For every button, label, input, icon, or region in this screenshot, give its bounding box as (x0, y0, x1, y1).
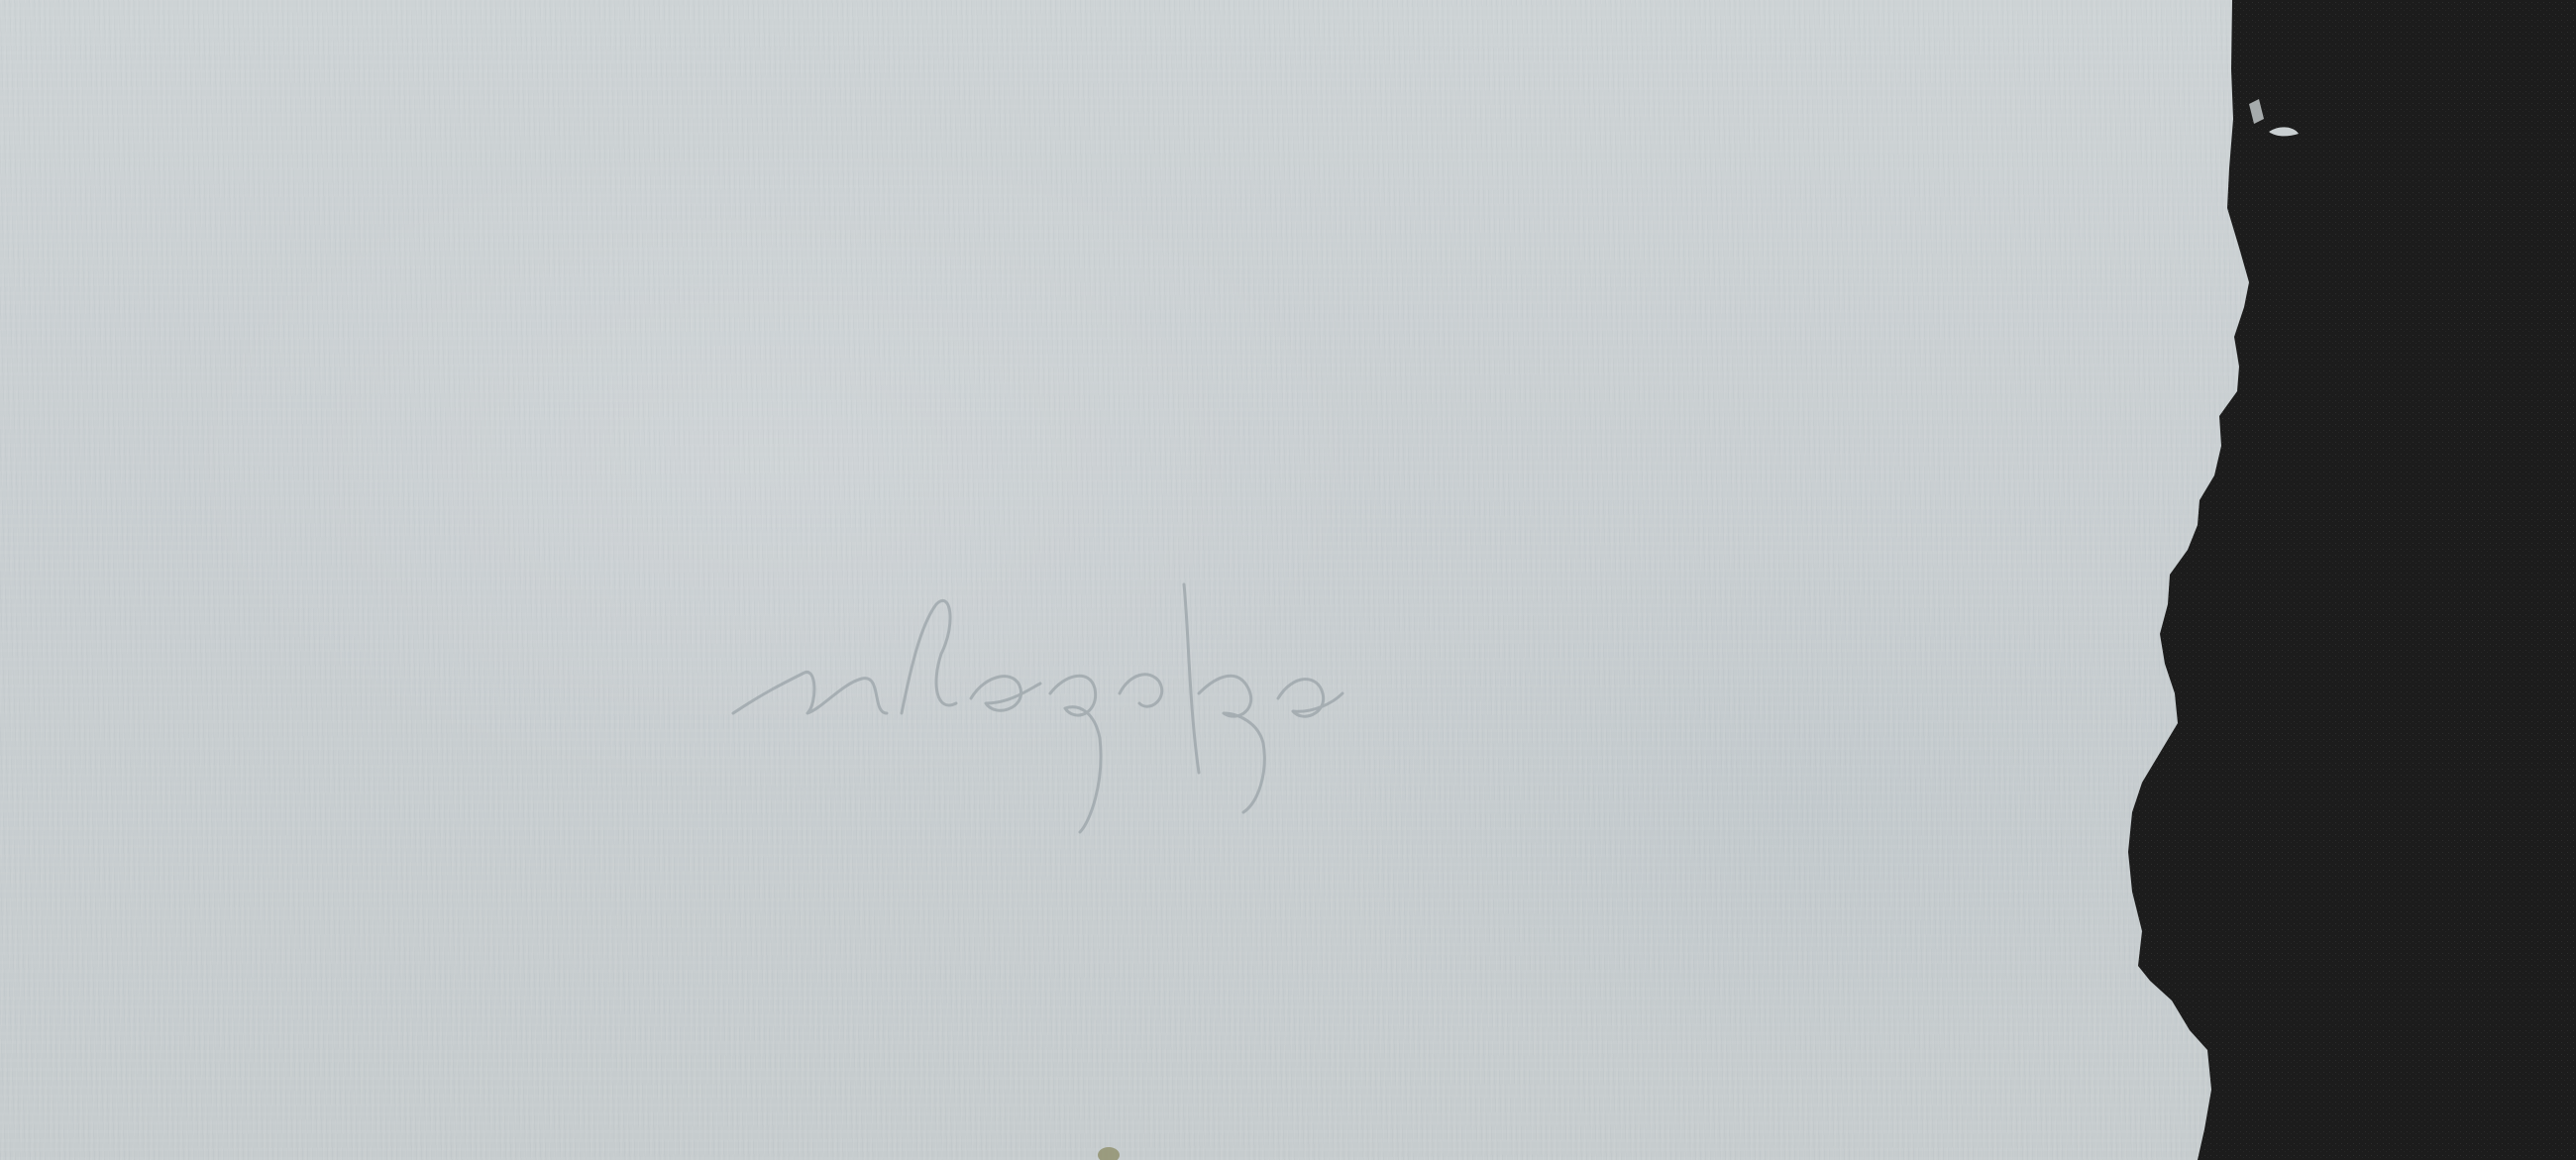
signature-strokes-icon (723, 565, 1783, 862)
pencil-signature: (illegible pencil signature) (723, 565, 1783, 862)
ink-mass-icon (2120, 0, 2576, 1160)
paper-speck (1098, 1147, 1120, 1160)
ink-print-edge (2120, 0, 2576, 1160)
signature-text: (illegible pencil signature) (723, 565, 724, 566)
artwork-photo: (illegible pencil signature) (0, 0, 2576, 1160)
